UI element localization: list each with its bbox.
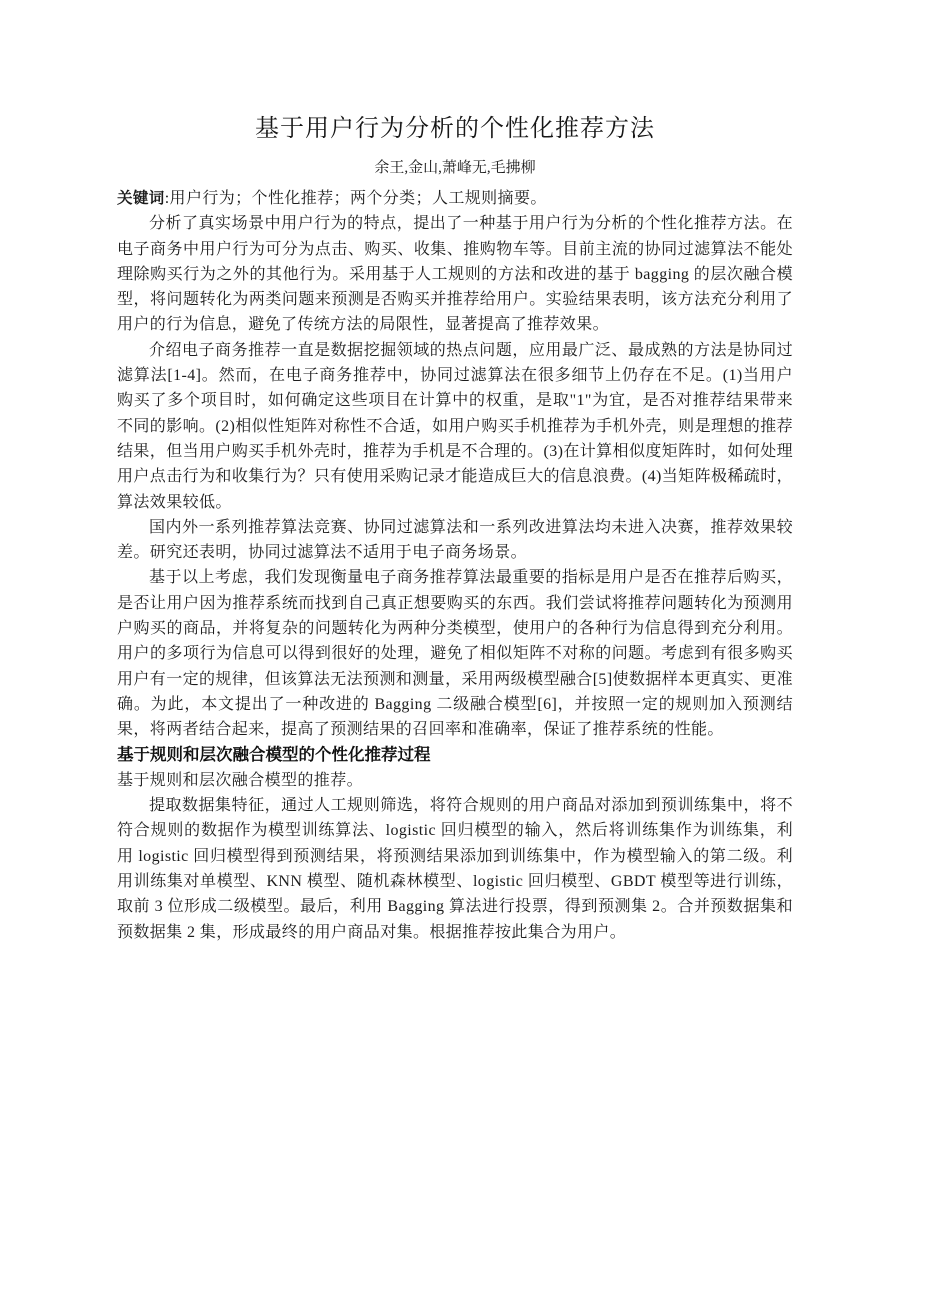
paper-title: 基于用户行为分析的个性化推荐方法 [117,112,793,146]
document-page: 基于用户行为分析的个性化推荐方法 余王,金山,萧峰无,毛拂柳 关键词:用户行为；… [0,0,926,1309]
paper-authors: 余王,金山,萧峰无,毛拂柳 [117,156,793,180]
keywords-text: :用户行为；个性化推荐；两个分类；人工规则摘要。 [165,190,547,207]
keywords-line: 关键词:用户行为；个性化推荐；两个分类；人工规则摘要。 [117,186,793,211]
abstract-paragraph-1: 分析了真实场景中用户行为的特点，提出了一种基于用户行为分析的个性化推荐方法。在电… [117,211,793,337]
method-paragraph: 提取数据集特征，通过人工规则筛选，将符合规则的用户商品对添加到预训练集中，将不符… [117,793,793,945]
related-work-paragraph: 国内外一系列推荐算法竞赛、协同过滤算法和一系列改进算法均未进入决赛，推荐效果较差… [117,515,793,566]
document-content: 基于用户行为分析的个性化推荐方法 余王,金山,萧峰无,毛拂柳 关键词:用户行为；… [117,112,793,945]
keywords-label: 关键词 [117,190,165,207]
intro-paragraph: 介绍电子商务推荐一直是数据挖掘领域的热点问题，应用最广泛、最成熟的方法是协同过滤… [117,338,793,515]
section-subtitle: 基于规则和层次融合模型的推荐。 [117,768,793,793]
motivation-paragraph: 基于以上考虑，我们发现衡量电子商务推荐算法最重要的指标是用户是否在推荐后购买，是… [117,565,793,742]
section-heading: 基于规则和层次融合模型的个性化推荐过程 [117,743,793,768]
